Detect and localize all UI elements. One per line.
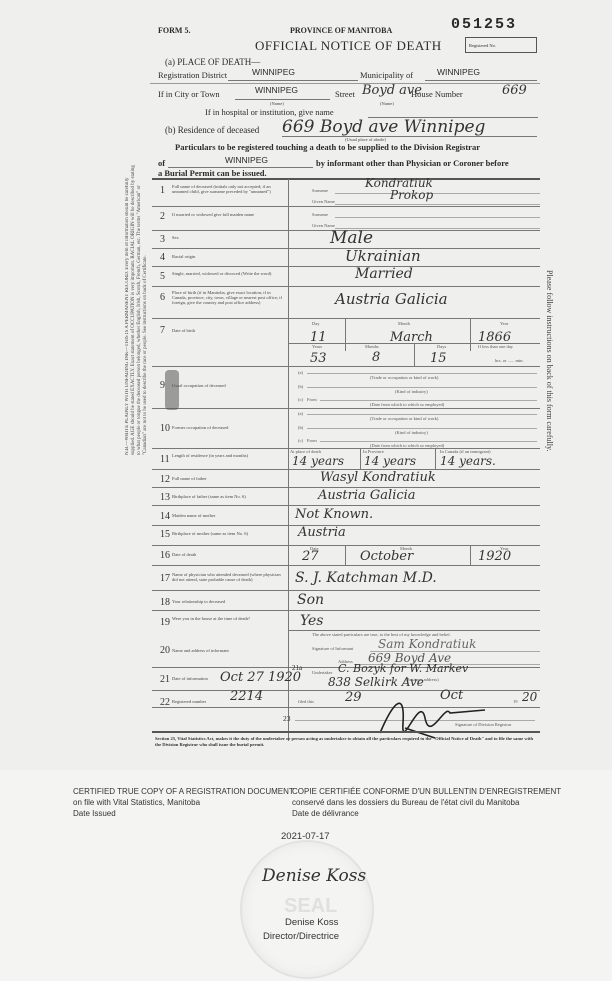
age-days: 15 [430, 351, 447, 366]
registration-district-value: WINNIPEG [252, 67, 295, 77]
right-margin-note: Please follow instructions on back of th… [545, 270, 554, 510]
undertaker-name: C. Bozyk for W. Markev [338, 662, 468, 675]
footnote: Section 25, Vital Statistics Act, makes … [155, 736, 540, 747]
certification-fr: COPIE CERTIFIÉE CONFORME D'UN BULLENTIN … [292, 786, 561, 819]
municipality-label: Municipality of [360, 70, 413, 80]
racial-origin-value: Ukrainian [345, 247, 421, 265]
serial-number: 051253 [451, 16, 517, 33]
filed-day: 29 [345, 690, 362, 705]
deceased-given-name: Prokop [390, 188, 433, 202]
registration-district-label: Registration District [158, 70, 227, 80]
form-label: FORM 5. [158, 26, 190, 35]
date-of-information: Oct 27 1920 [220, 670, 301, 685]
registered-number: 2214 [230, 689, 263, 704]
left-margin-note: N.B.—WRITE PLAINLY WITH UNFADING INK—THI… [125, 165, 155, 455]
age-years: 53 [310, 351, 327, 366]
certification-en: CERTIFIED TRUE COPY OF A REGISTRATION DO… [73, 786, 294, 819]
registrar-city: WINNIPEG [225, 155, 268, 165]
death-month: October [360, 549, 413, 564]
municipality-value: WINNIPEG [437, 67, 480, 77]
house-number-value: 669 [502, 83, 527, 98]
province-label: PROVINCE OF MANITOBA [290, 26, 392, 35]
residence-length-place: 14 years [292, 454, 344, 468]
death-notice-form: FORM 5. PROVINCE OF MANITOBA 051253 OFFI… [0, 0, 612, 770]
director-signature: Denise Koss [262, 866, 366, 886]
death-year: 1920 [478, 549, 511, 564]
informant-signature: Sam Kondratiuk [378, 637, 476, 651]
particulars-line1: Particulars to be registered touching a … [175, 142, 480, 152]
death-date: 27 [302, 549, 319, 564]
date-issued: 2021-07-17 [281, 831, 330, 842]
mother-maiden-name: Not Known. [295, 507, 373, 522]
hospital-label: If in hospital or institution, give name [205, 107, 334, 117]
relationship-value: Son [297, 592, 324, 608]
physician-name: S. J. Katchman M.D. [295, 570, 437, 586]
father-name: Wasyl Kondratiuk [320, 470, 436, 485]
residence-value: 669 Boyd ave Winnipeg [282, 117, 485, 137]
present-at-death-value: Yes [300, 613, 324, 629]
registrar-signature-icon [375, 688, 495, 743]
marital-status-value: Married [355, 266, 413, 282]
mother-birthplace: Austria [298, 525, 346, 540]
residence-label: (b) Residence of deceased [165, 125, 259, 135]
birthplace-value: Austria Galicia [335, 290, 448, 308]
page-title: OFFICIAL NOTICE OF DEATH [255, 38, 442, 54]
filed-year: 20 [522, 690, 537, 704]
city-value: WINNIPEG [255, 85, 298, 95]
city-label: If in City or Town [158, 89, 220, 99]
sex-value: Male [330, 228, 373, 248]
age-months: 8 [372, 350, 380, 365]
street-label: Street [335, 89, 355, 99]
place-of-death-heading: (a) PLACE OF DEATH— [165, 57, 260, 67]
father-birthplace: Austria Galicia [318, 488, 416, 503]
residence-length-province: 14 years [364, 454, 416, 468]
director-name: Denise Koss [285, 917, 338, 928]
ink-smudge [165, 370, 179, 410]
residence-length-canada: 14 years. [440, 454, 496, 468]
registered-no-box: Registered No. [465, 37, 537, 53]
undertaker-address: 838 Selkirk Ave [328, 675, 424, 689]
director-title: Director/Directrice [263, 931, 339, 942]
house-number-label: House Number [411, 89, 463, 99]
